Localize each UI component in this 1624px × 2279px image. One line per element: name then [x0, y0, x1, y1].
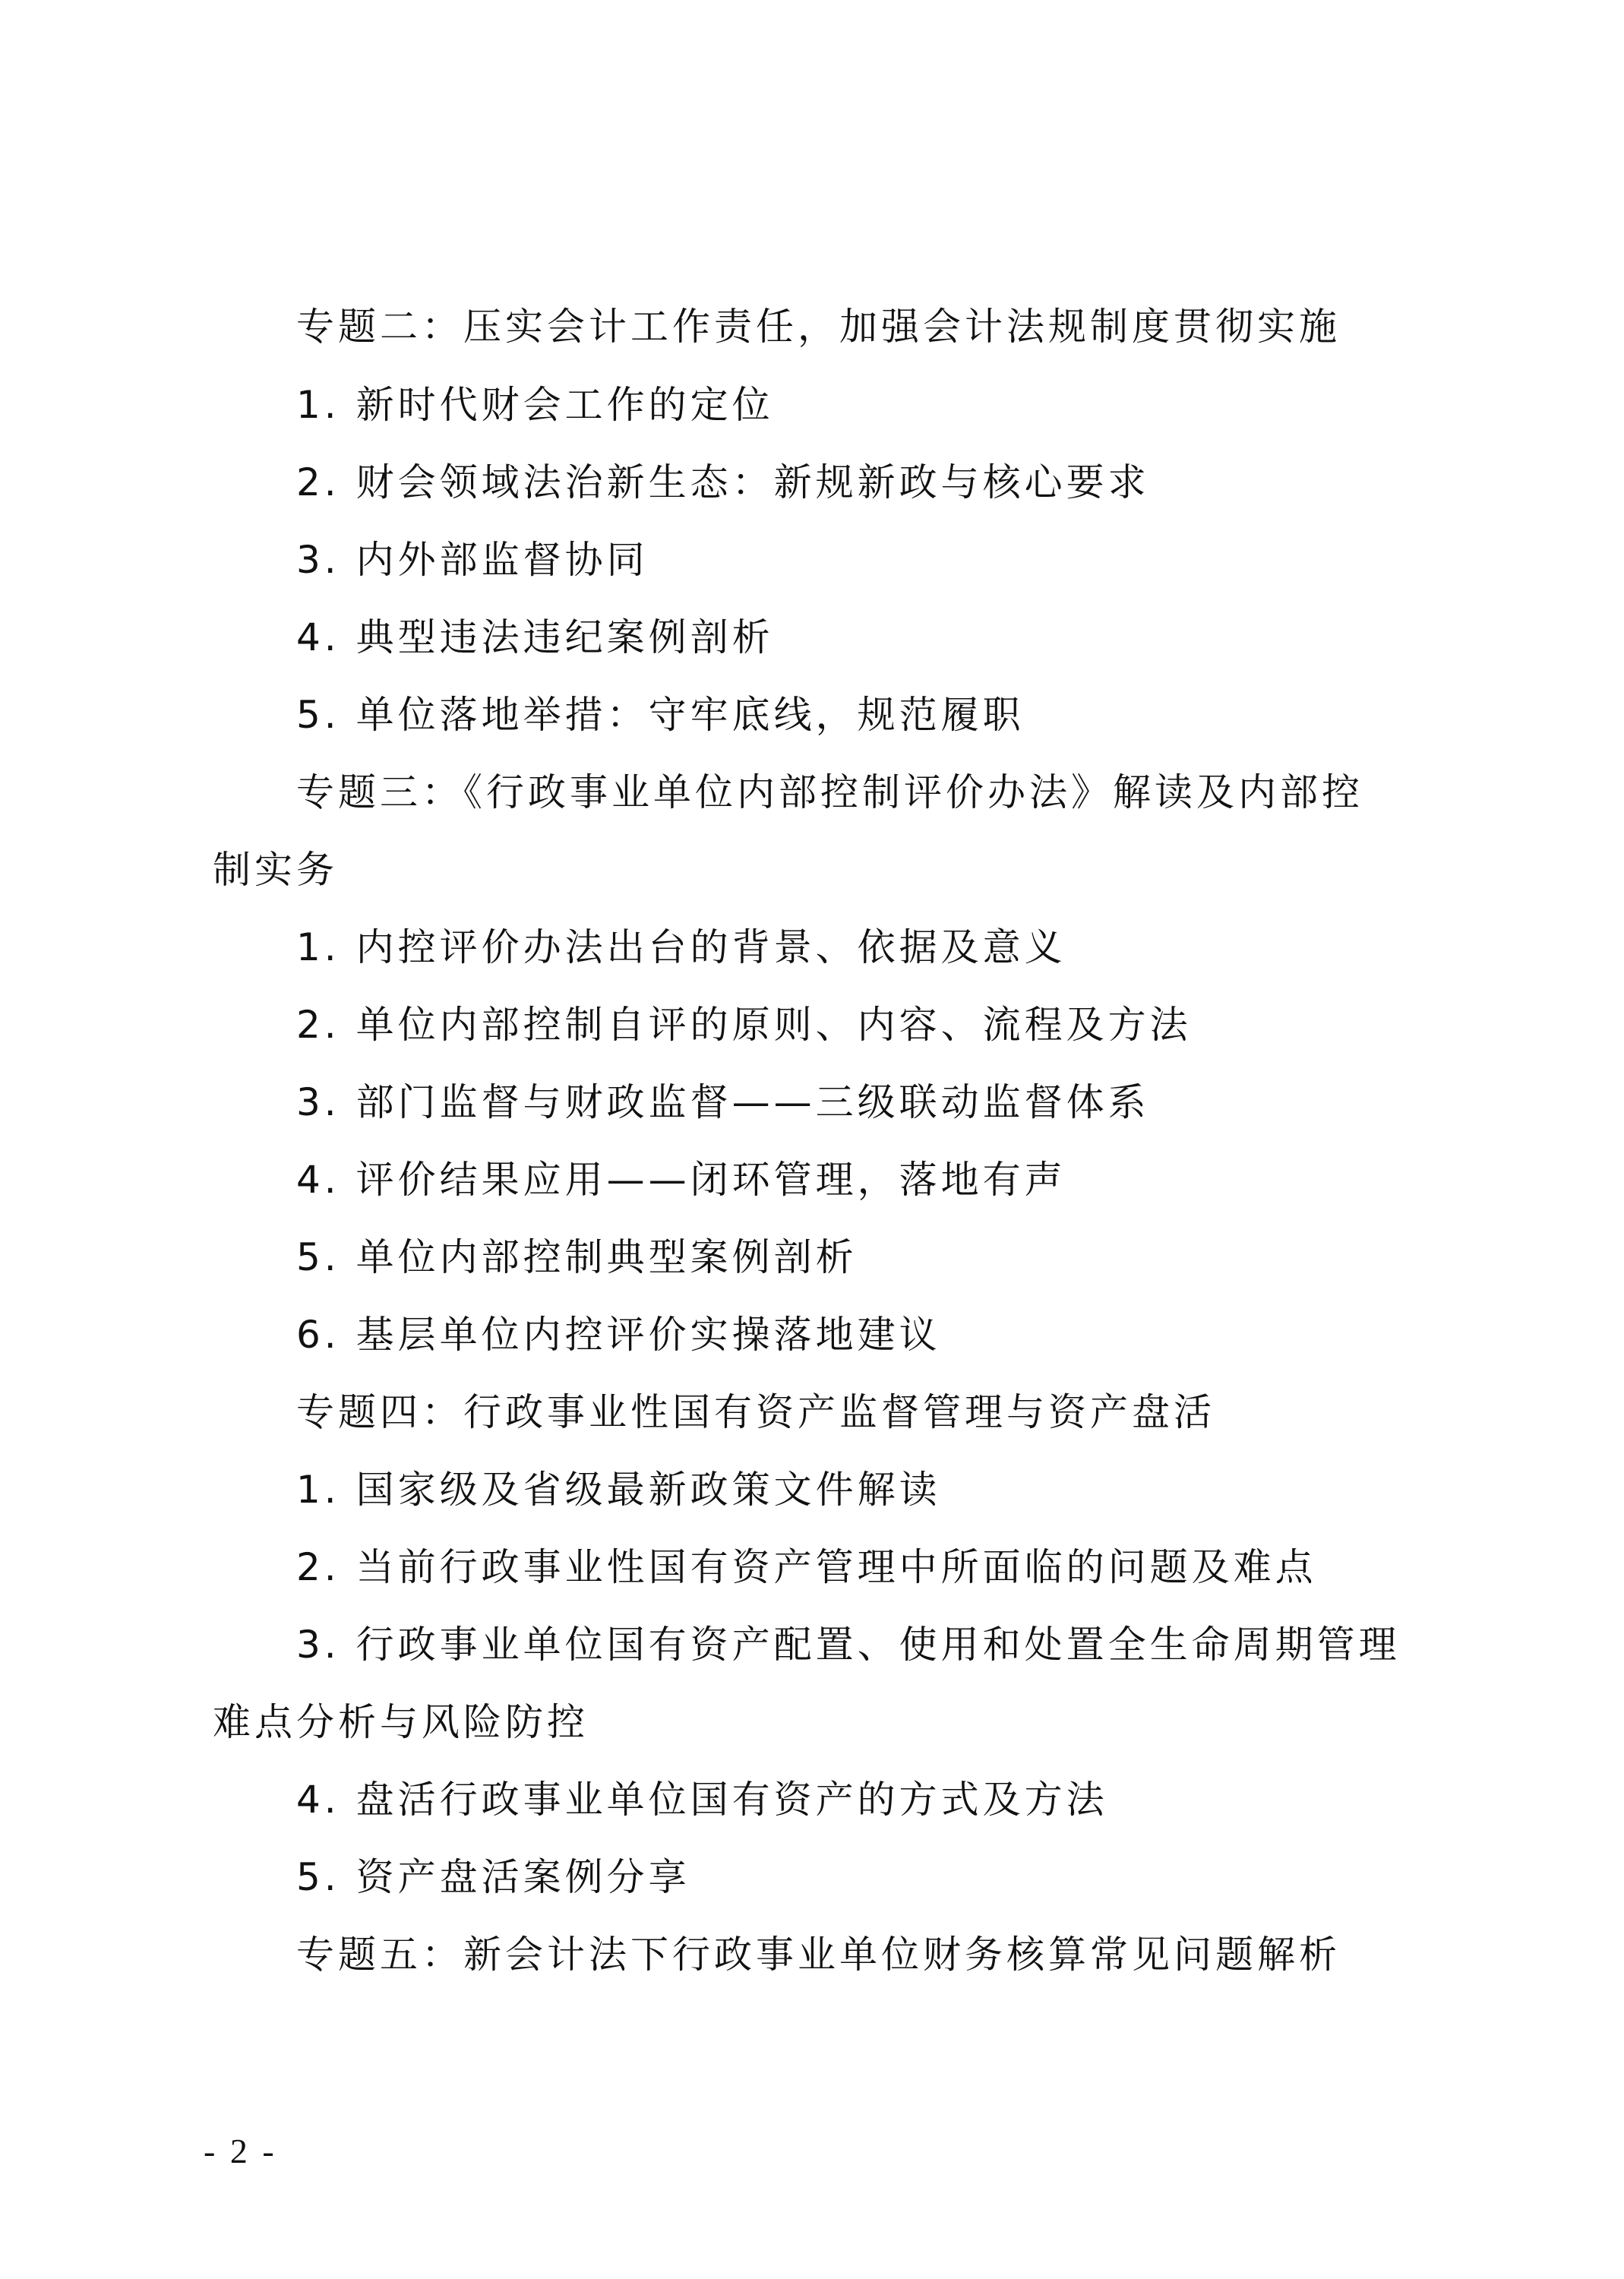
- topic-2-item-2: 2. 财会领域法治新生态：新规新政与核心要求: [0, 460, 1624, 505]
- topic-4-item-3: 3. 行政事业单位国有资产配置、使用和处置全生命周期管理: [0, 1622, 1624, 1667]
- topic-2-item-4: 4. 典型违法违纪案例剖析: [0, 615, 1624, 660]
- topic-2-item-1: 1. 新时代财会工作的定位: [0, 382, 1624, 428]
- topic-3-heading-continuation: 制实务: [0, 847, 1624, 893]
- topic-3-item-3: 3. 部门监督与财政监督——三级联动监督体系: [0, 1079, 1624, 1125]
- topic-3-item-4: 4. 评价结果应用——闭环管理，落地有声: [0, 1157, 1624, 1203]
- document-page: 专题二：压实会计工作责任，加强会计法规制度贯彻实施 1. 新时代财会工作的定位 …: [0, 0, 1624, 2279]
- topic-4-item-4: 4. 盘活行政事业单位国有资产的方式及方法: [0, 1777, 1624, 1822]
- topic-3-item-5: 5. 单位内部控制典型案例剖析: [0, 1234, 1624, 1280]
- topic-3-heading: 专题三：《行政事业单位内部控制评价办法》解读及内部控: [0, 770, 1624, 815]
- topic-4-item-1: 1. 国家级及省级最新政策文件解读: [0, 1467, 1624, 1512]
- topic-3-item-2: 2. 单位内部控制自评的原则、内容、流程及方法: [0, 1002, 1624, 1048]
- topic-2-heading: 专题二：压实会计工作责任，加强会计法规制度贯彻实施: [0, 304, 1624, 349]
- topic-4-item-5: 5. 资产盘活案例分享: [0, 1854, 1624, 1900]
- topic-4-heading: 专题四：行政事业性国有资产监督管理与资产盘活: [0, 1389, 1624, 1435]
- topic-4-item-2: 2. 当前行政事业性国有资产管理中所面临的问题及难点: [0, 1544, 1624, 1590]
- topic-2-item-5: 5. 单位落地举措：守牢底线，规范履职: [0, 692, 1624, 738]
- topic-3-item-6: 6. 基层单位内控评价实操落地建议: [0, 1312, 1624, 1358]
- topic-2-item-3: 3. 内外部监督协同: [0, 537, 1624, 583]
- topic-4-item-3-continuation: 难点分析与风险防控: [0, 1699, 1624, 1745]
- topic-3-item-1: 1. 内控评价办法出台的背景、依据及意义: [0, 925, 1624, 970]
- topic-5-heading: 专题五：新会计法下行政事业单位财务核算常见问题解析: [0, 1932, 1624, 1977]
- page-number: - 2 -: [204, 2131, 277, 2171]
